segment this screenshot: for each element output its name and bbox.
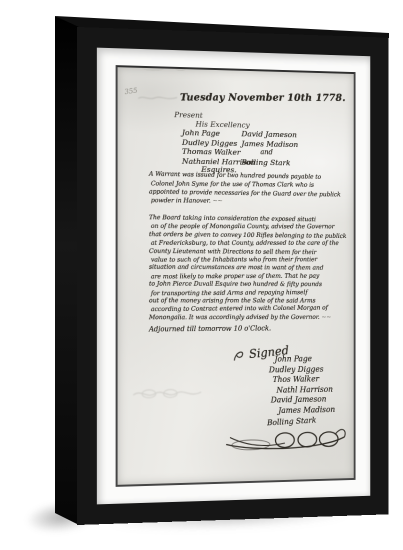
manuscript-line: at Fredericksburg, to that County, addre… (151, 240, 339, 248)
framed-manuscript-photo: 355 Tuesday November 10th 1778. Present … (0, 0, 403, 550)
picture-frame: 355 Tuesday November 10th 1778. Present … (77, 27, 389, 525)
attendee-columns: John PageDudley DiggesThomas WalkerNatha… (182, 128, 317, 168)
manuscript-line: to John Pierce Duvall Esquire two hundre… (149, 281, 339, 290)
mat-opening-rule: 355 Tuesday November 10th 1778. Present … (116, 65, 356, 487)
heading-date-line: Tuesday November 10th 1778. (180, 92, 346, 103)
paper-edge-notch (174, 69, 187, 72)
attendee-column-left: John PageDudley DiggesThomas WalkerNatha… (182, 128, 241, 166)
manuscript-line: Monongalia. It was accordingly advised b… (149, 314, 339, 322)
frame-left-side-face (55, 16, 79, 525)
attendee-column-right: David JamesonJames MadisonandBolling Sta… (241, 129, 316, 167)
adjournment-line: Adjourned till tomorrow 10 o'Clock. (149, 325, 271, 334)
mat-board: 355 Tuesday November 10th 1778. Present … (97, 48, 370, 505)
signature-list: John PageDudley DiggesThos WalkerNathl H… (267, 354, 335, 427)
page-number: 355 (124, 87, 138, 96)
pen-flourish-icon (222, 422, 348, 452)
present-label: Present (174, 110, 203, 120)
attendee-name: Bolling Stark (241, 157, 316, 167)
manuscript-line: powder in Hanover. (151, 198, 339, 208)
pen-swash-icon (231, 348, 247, 363)
paper-edge-notch (139, 68, 166, 73)
paragraph-warrant: A Warrant was issued for two hundred pou… (149, 171, 339, 208)
manuscript-page: 355 Tuesday November 10th 1778. Present … (118, 67, 354, 485)
paragraph-board-resolution: The Board taking into consideration the … (149, 215, 339, 323)
faint-bleedthrough-squiggle (137, 93, 178, 103)
faint-bleedthrough-loops (131, 386, 203, 401)
